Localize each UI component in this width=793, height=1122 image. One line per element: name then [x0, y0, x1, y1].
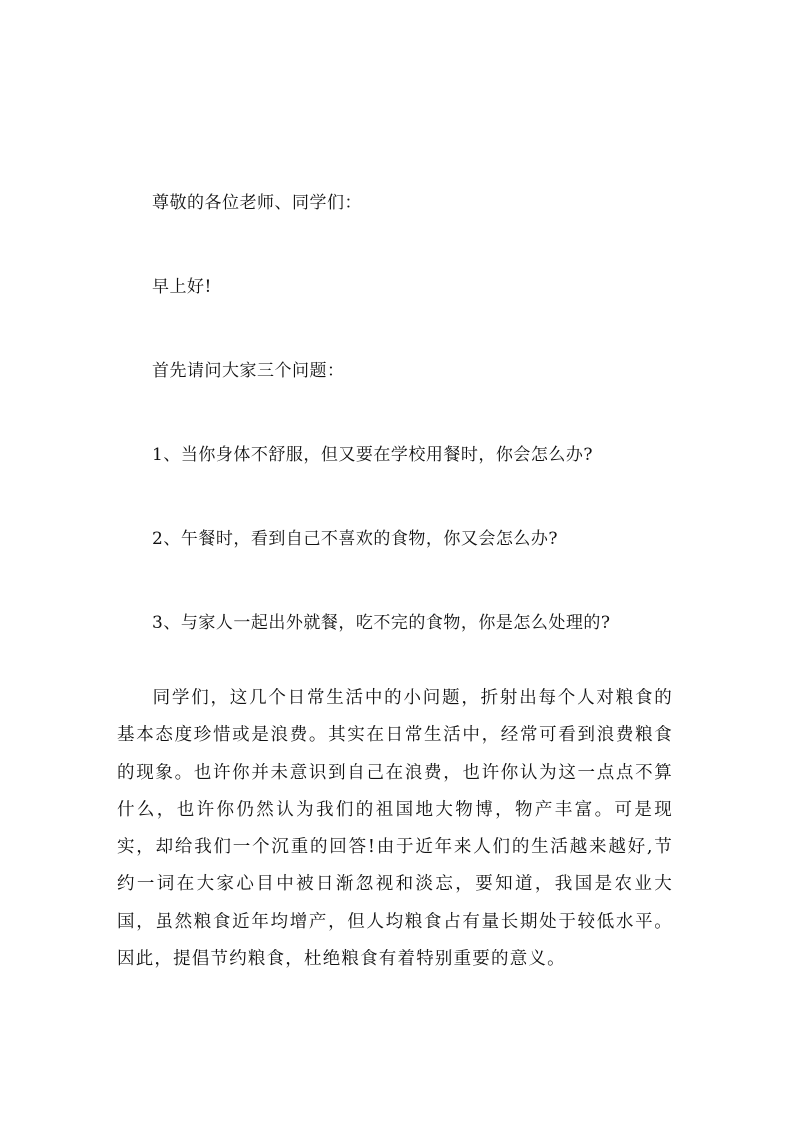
body-paragraph: 同学们，这几个日常生活中的小问题，折射出每个人对粮食的基本态度珍惜或是浪费。其实…: [117, 680, 673, 978]
morning-greeting: 早上好!: [152, 272, 212, 297]
greeting-line: 尊敬的各位老师、同学们：: [152, 188, 362, 213]
document-page: 尊敬的各位老师、同学们： 早上好! 首先请问大家三个问题： 1、当你身体不舒服，…: [0, 0, 793, 1122]
question-1: 1、当你身体不舒服，但又要在学校用餐时，你会怎么办?: [152, 440, 593, 465]
question-2: 2、午餐时，看到自己不喜欢的食物，你又会怎么办?: [152, 524, 558, 549]
intro-line: 首先请问大家三个问题：: [152, 356, 345, 381]
question-3: 3、与家人一起出外就餐，吃不完的食物，你是怎么处理的?: [152, 608, 610, 633]
body-paragraph-text: 同学们，这几个日常生活中的小问题，折射出每个人对粮食的基本态度珍惜或是浪费。其实…: [117, 688, 673, 969]
